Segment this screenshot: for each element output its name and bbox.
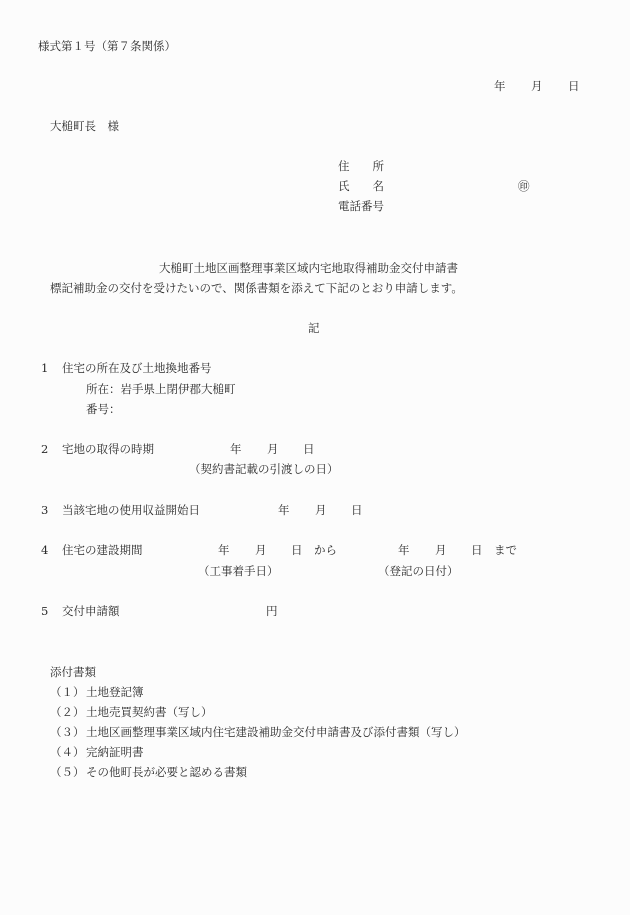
attachment-1-number: （１） [50,685,85,699]
item-4-start-month: 月 [255,543,267,557]
item-1-number: 1 [41,361,48,375]
item-4-end-day: 日 [471,543,483,557]
item-2-label: 宅地の取得の時期 [62,442,154,456]
item-1-label: 住宅の所在及び土地換地番号 [62,361,212,375]
item-4-start-note: （工事着手日） [198,564,279,578]
attachment-5-text: その他町長が必要と認める書類 [86,765,247,779]
attachment-2-text: 土地売買契約書（写し） [86,705,213,719]
item-4-end-month: 月 [435,543,447,557]
item-2-day: 日 [303,442,315,456]
phone-label: 電話番号 [338,199,384,213]
item-4-end-year: 年 [398,543,410,557]
attachment-4-text: 完納証明書 [86,745,144,759]
attachment-1-text: 土地登記簿 [86,685,144,699]
date-month: 月 [531,79,543,93]
addressee: 大槌町長 様 [50,119,119,133]
attachment-4-number: （４） [50,745,85,759]
attachment-3-text: 土地区画整理事業区域内住宅建設補助金交付申請書及び添付書類（写し） [86,725,466,739]
item-4-end-suffix: まで [494,543,517,557]
intro-text: 標記補助金の交付を受けたいので、関係書類を添えて下記のとおり申請します。 [50,281,463,295]
date-day: 日 [568,79,580,93]
item-4-start-year: 年 [218,543,230,557]
item-4-label: 住宅の建設期間 [62,543,143,557]
item-4-start-suffix: から [314,543,337,557]
ki-heading: 記 [308,321,320,335]
address-label: 住 所 [338,159,384,173]
item-1-location: 所在：岩手県上閉伊郡大槌町 [86,382,236,396]
item-2-number: 2 [41,442,48,456]
document-title: 大槌町土地区画整理事業区域内宅地取得補助金交付申請書 [159,261,458,275]
item-5-unit: 円 [266,604,278,618]
item-5-label: 交付申請額 [62,604,120,618]
item-3-label: 当該宅地の使用収益開始日 [62,503,200,517]
item-3-day: 日 [351,503,363,517]
item-2-month: 月 [267,442,279,456]
item-4-end-note: （登記の日付） [378,564,459,578]
item-1-lot-number: 番号： [86,402,121,416]
attachments-heading: 添付書類 [50,665,96,679]
item-5-number: 5 [41,604,48,618]
item-3-year: 年 [278,503,290,517]
item-4-number: 4 [41,543,48,557]
item-3-month: 月 [315,503,327,517]
attachment-3-number: （３） [50,725,85,739]
item-2-note: （契約書記載の引渡しの日） [189,462,339,476]
item-3-number: 3 [41,503,48,517]
attachment-2-number: （２） [50,705,85,719]
date-year: 年 [494,79,506,93]
seal-mark-icon: ㊞ [518,179,530,193]
name-label: 氏 名 [338,179,384,193]
attachment-5-number: （５） [50,765,85,779]
item-2-year: 年 [230,442,242,456]
application-form-page: 様式第１号（第７条関係） 年 月 日 大槌町長 様 住 所 氏 名 ㊞ 電話番号… [0,0,630,915]
form-id: 様式第１号（第７条関係） [38,39,176,53]
item-4-start-day: 日 [291,543,303,557]
